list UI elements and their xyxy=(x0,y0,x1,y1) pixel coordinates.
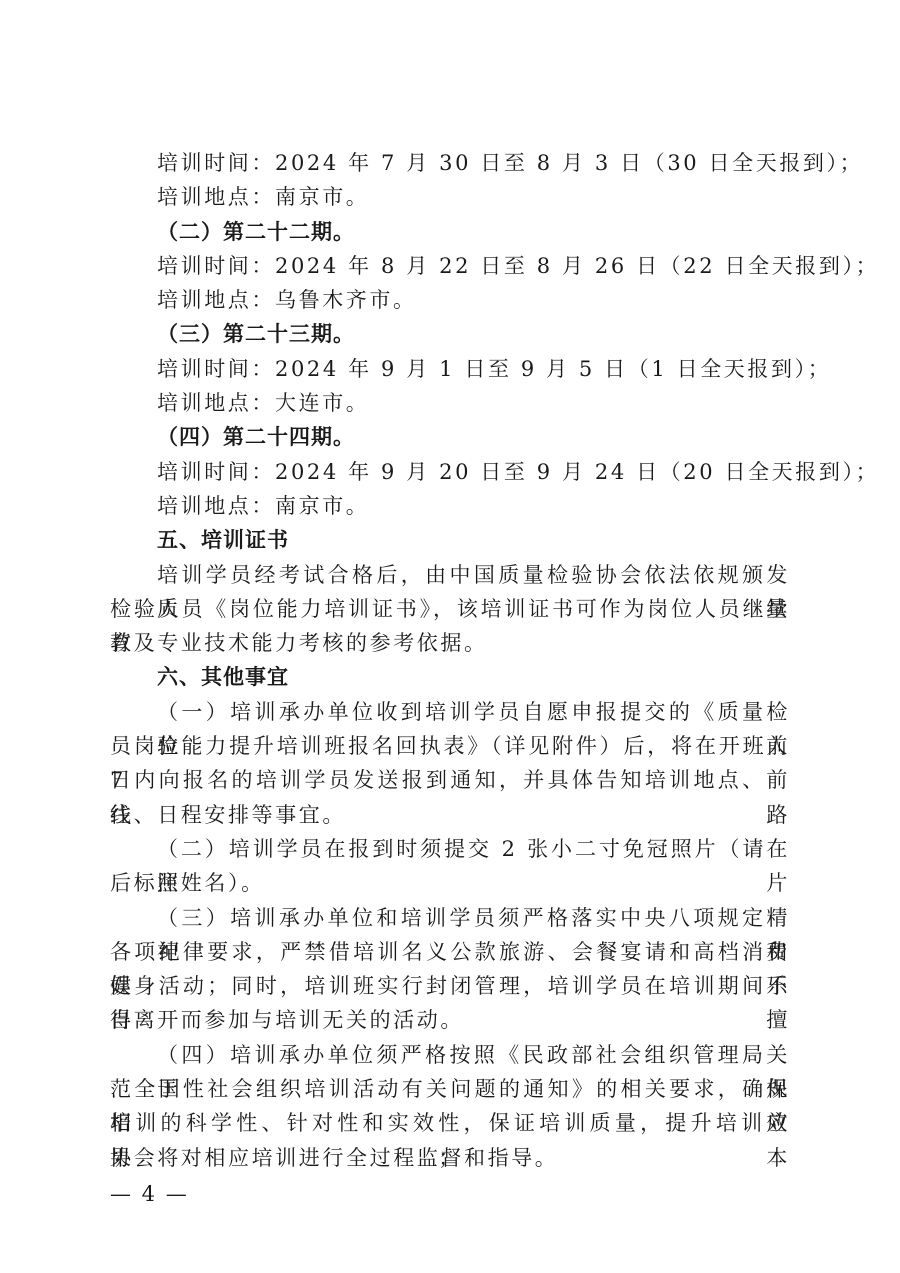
document-page: 培训时间：2024 年 7 月 30 日至 8 月 3 日（30 日全天报到）；… xyxy=(110,146,790,1175)
session3-place: 培训地点：大连市。 xyxy=(110,386,790,420)
section5-heading: 五、培训证书 xyxy=(110,523,790,557)
session2-place: 培训地点：乌鲁木齐市。 xyxy=(110,283,790,317)
section5-line: 培训学员经考试合格后，由中国质量检验协会依法依规颁发质量 xyxy=(110,558,790,592)
section6-item4-line: 范全国性社会组织培训活动有关问题的通知》的相关要求，确保相应 xyxy=(110,1072,790,1106)
section6-item4-line: （四）培训承办单位须严格按照《民政部社会组织管理局关于规 xyxy=(110,1038,790,1072)
page-number: — 4 — xyxy=(110,1179,189,1209)
section6-item3-line: 各项纪律要求，严禁借培训名义公款旅游、会餐宴请和高档消费娱乐 xyxy=(110,935,790,969)
section6-item4-line: 培训的科学性、针对性和实效性，保证培训质量，提升培训效果；本 xyxy=(110,1106,790,1140)
section6-item1-line: （一）培训承办单位收到培训学员自愿申报提交的《质量检验人 xyxy=(110,695,790,729)
section6-heading: 六、其他事宜 xyxy=(110,660,790,694)
session4-place: 培训地点：南京市。 xyxy=(110,489,790,523)
section5-line: 检验人员《岗位能力培训证书》，该培训证书可作为岗位人员继续教 xyxy=(110,592,790,626)
session4-heading: （四）第二十四期。 xyxy=(110,420,790,454)
session2-heading: （二）第二十二期。 xyxy=(110,215,790,249)
section6-item1-line: 员岗位能力提升培训班报名回执表》（详见附件）后，将在开班前 7 xyxy=(110,729,790,763)
section6-item1-line: 日内向报名的培训学员发送报到通知，并具体告知培训地点、前往路 xyxy=(110,763,790,797)
session2-time: 培训时间：2024 年 8 月 22 日至 8 月 26 日（22 日全天报到）… xyxy=(110,249,790,283)
section6-item3-line: （三）培训承办单位和培训学员须严格落实中央八项规定精神和 xyxy=(110,901,790,935)
section5-line: 育及专业技术能力考核的参考依据。 xyxy=(110,626,790,660)
session1-time: 培训时间：2024 年 7 月 30 日至 8 月 3 日（30 日全天报到）； xyxy=(110,146,790,180)
session1-place: 培训地点：南京市。 xyxy=(110,180,790,214)
section6-item3-line: 健身活动；同时，培训班实行封闭管理，培训学员在培训期间不得擅 xyxy=(110,969,790,1003)
session3-heading: （三）第二十三期。 xyxy=(110,317,790,351)
session3-time: 培训时间：2024 年 9 月 1 日至 9 月 5 日（1 日全天报到）； xyxy=(110,352,790,386)
section6-item2-line: （二）培训学员在报到时须提交 2 张小二寸免冠照片（请在照片 xyxy=(110,832,790,866)
session4-time: 培训时间：2024 年 9 月 20 日至 9 月 24 日（20 日全天报到）… xyxy=(110,455,790,489)
